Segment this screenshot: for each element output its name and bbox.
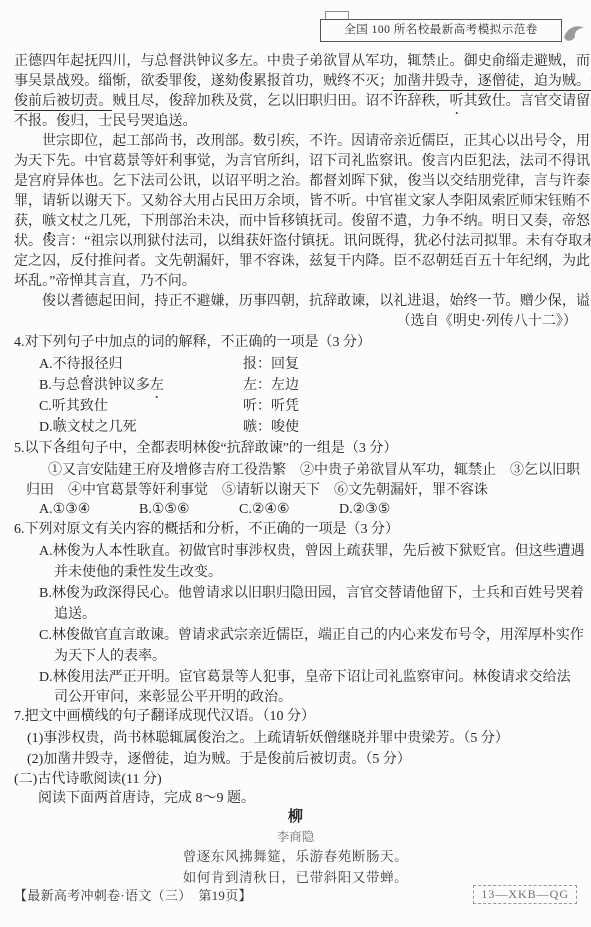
q5-choices-row: A.①③④B.①⑤⑥C.②④⑥D.②③⑤ bbox=[14, 500, 577, 519]
emphasis-char: 听 bbox=[450, 92, 464, 112]
passage-text: 文杖之几死，下刑部治未决，而中旨移镇抚司。俊留不遣，力争不纳。明日又奏，帝怒责陈 bbox=[56, 214, 591, 229]
q4-option-row: D.嗾文杖之几死 嗾：唆使 bbox=[14, 417, 577, 438]
passage-line: 定之囚，反付推问者。文先朝漏奸，罪不容诛，兹复干内降。臣不忍朝廷百五十年纪纲，为… bbox=[14, 252, 577, 272]
passage-text: 获， bbox=[14, 214, 42, 229]
option-text: C. bbox=[39, 399, 52, 414]
option-text: 径归 bbox=[95, 357, 123, 372]
q4-option-gloss: 嗾：唆使 bbox=[243, 417, 299, 438]
option-text: D. bbox=[39, 420, 53, 435]
passage-line: 是宫府异体也。乞下法司公讯，以诏平明之治。都督刘晖下狱，俊当以交结朋党律，言与许… bbox=[14, 172, 577, 192]
q4-option-row: C.听其致仕 听：听凭 bbox=[14, 396, 577, 417]
section-2-title: (二)古代诗歌阅读(11 分) bbox=[14, 770, 577, 790]
q6-option-line: 为天下人的表率。 bbox=[14, 647, 577, 667]
poem-author: 李商隐 bbox=[14, 828, 577, 846]
q4-option-text: D.嗾文杖之几死 bbox=[14, 417, 243, 438]
page-curl-icon bbox=[563, 24, 585, 44]
q6-option-line: 追送。 bbox=[14, 605, 577, 625]
passage-line: 罪，请斩以谢天下。又劾谷大用占民田万余顷，皆不听。中官崔文家人李阳凤索匠师宋钰贿… bbox=[14, 192, 577, 212]
q5-choice: D.②③⑤ bbox=[339, 500, 439, 519]
passage-text: 事吴景战殁。缁惭，欲委罪俊，遂劾俊累报首功，贼终不灭； bbox=[14, 74, 393, 89]
poem-verse: 曾逐东风拂舞筵，乐游春苑断肠天。 bbox=[14, 846, 577, 867]
q6-option-line: B.林俊为政深得民心。他曾请求以旧职归隐田园，言官交替请他留下，士兵和百姓号哭着 bbox=[14, 583, 577, 605]
q6-option-line: C.林俊做官直言敢谏。曾请求武宗亲近儒臣，端正自己的内心来发布号令，用浑厚朴实作 bbox=[14, 625, 577, 647]
poem-title: 柳 bbox=[14, 807, 577, 828]
passage-line: 获，嗾文杖之几死，下刑部治未决，而中旨移镇抚司。俊留不遣，力争不纳。明日又奏，帝… bbox=[14, 212, 577, 232]
question-4-stem: 4.对下列句子中加点的词的解释，不正确的一项是（3 分） bbox=[14, 332, 577, 354]
q4-option-gloss: 左：左边 bbox=[243, 375, 299, 396]
emphasis-char: 嗾 bbox=[53, 417, 67, 438]
q6-option-line: 司公开审问，来彰显公平开明的政治。 bbox=[14, 689, 577, 706]
passage-line: 事吴景战殁。缁惭，欲委罪俊，遂劾俊累报首功，贼终不灭；加凿井毁寺，逐僧徒，迫为贼… bbox=[14, 72, 577, 92]
q7-sentence: (2)加凿井毁寺，逐僧徒，迫为贼。于是俊前后被切责。（5 分） bbox=[14, 750, 577, 770]
passage-line: 不报。俊归，士民号哭追送。 bbox=[14, 112, 577, 132]
emphasis-char: 左 bbox=[239, 52, 253, 72]
underlined-text: 俊前后被切责。 bbox=[14, 94, 112, 111]
q7-sentence: (1)事涉权贵，尚书林聪辄属俊治之。上疏请斩妖僧继晓并罪中贵梁芳。（5 分） bbox=[14, 728, 577, 750]
q4-option-gloss: 听：听凭 bbox=[243, 396, 299, 417]
page-footer: 【最新高考冲刺卷·语文（三） 第19页】 13—XKB—QG bbox=[14, 882, 577, 906]
section-2-intro: 阅读下面两首唐诗，完成 8～9 题。 bbox=[14, 790, 577, 807]
passage-line: 俊前后被切责。贼且尽，俊辞加秩及赏，乞以旧职归田。诏不许辞秩，听其致仕。言官交请… bbox=[14, 92, 577, 112]
passage-line: 正德四年起抚四川，与总督洪钟议多左。中贵子弟欲冒从军功，辄禁止。御史俞缁走避贼，… bbox=[14, 52, 577, 72]
footer-code-badge: 13—XKB—QG bbox=[473, 885, 577, 904]
q6-option-line: A.林俊为人本性耿直。初做官时事涉权贵，曾因上疏获罪，先后被下狱贬官。但这些遭遇 bbox=[14, 541, 577, 563]
option-text: A.不待 bbox=[39, 357, 81, 372]
q5-choice: A.①③④ bbox=[39, 500, 139, 519]
q4-option-text: A.不待报径归 bbox=[14, 354, 243, 375]
passage-line: 为天下先。中官葛景等奸利事觉，为言官所纠，诏下司礼监察讯。俊言内臣犯法，法司不得… bbox=[14, 152, 577, 172]
passage-line: 世宗即位，起工部尚书，改刑部。数引疾，不许。因请帝亲近儒臣，正其心以出号令，用浑… bbox=[14, 132, 577, 152]
option-text: B.与总督洪钟议多 bbox=[39, 378, 150, 393]
exam-page: 全国 100 所名校最新高考模拟示范卷 正德四年起抚四川，与总督洪钟议多左。中贵… bbox=[0, 0, 591, 927]
option-text: 文杖之几死 bbox=[67, 420, 137, 435]
q4-option-text: B.与总督洪钟议多左 bbox=[14, 375, 243, 396]
passage-text: 贼且尽，俊辞加秩及赏，乞以旧职归田。诏不许辞秩， bbox=[112, 94, 449, 109]
question-7-stem: 7.把文中画横线的句子翻译成现代汉语。（10 分） bbox=[14, 706, 577, 728]
q5-choice: C.②④⑥ bbox=[239, 500, 339, 519]
page-content: 正德四年起抚四川，与总督洪钟议多左。中贵子弟欲冒从军功，辄禁止。御史俞缁走避贼，… bbox=[14, 52, 577, 888]
passage-line: 俊以耆德起田间，持正不避嫌，历事四朝，抗辞敢谏，以礼进退，始终一节。赠少保，谥贞… bbox=[14, 292, 577, 312]
underlined-text: 加凿井毁寺，逐僧徒，迫为贼。于是 bbox=[393, 74, 591, 91]
passage-line: 坏乱。”帝惮其言直，乃不问。 bbox=[14, 272, 577, 292]
exam-banner: 全国 100 所名校最新高考模拟示范卷 bbox=[320, 19, 562, 42]
q4-option-gloss: 报：回复 bbox=[243, 354, 299, 375]
q6-option-line: 并未使他的秉性发生改变。 bbox=[14, 563, 577, 583]
q4-option-text: C.听其致仕 bbox=[14, 396, 243, 417]
emphasis-char: 报 bbox=[81, 354, 95, 375]
q4-option-row: A.不待报径归 报：回复 bbox=[14, 354, 577, 375]
passage-line: 状。俊言：“祖宗以刑狱付法司，以缉获奸盗付镇抚。讯问既得，犹必付法司拟罪。未有夺… bbox=[14, 232, 577, 252]
passage-text: 其致仕。言官交请留， bbox=[464, 94, 591, 109]
q5-choice: B.①⑤⑥ bbox=[139, 500, 239, 519]
emphasis-char: 嗾 bbox=[42, 212, 56, 232]
q5-items-line: 归田 ④中官葛景等奸利事觉 ⑤请斩以谢天下 ⑥文先朝漏奸，罪不容诛 bbox=[14, 481, 577, 500]
q4-option-row: B.与总督洪钟议多左 左：左边 bbox=[14, 375, 577, 396]
option-text: 其致仕 bbox=[66, 399, 108, 414]
question-5-stem: 5.以下各组句子中，全都表明林俊“抗辞敢谏”的一组是（3 分） bbox=[14, 438, 577, 460]
question-6-stem: 6.下列对原文有关内容的概括和分析，不正确的一项是（3 分） bbox=[14, 519, 577, 541]
emphasis-char: 听 bbox=[52, 396, 66, 417]
passage-source: （选自《明史·列传八十二》） bbox=[14, 312, 577, 332]
passage-text: 。中贵子弟欲冒从军功，辄禁止。御史俞缁走避贼，而佥 bbox=[253, 54, 591, 69]
footer-paper-title: 【最新高考冲刺卷·语文（三） 第19页】 bbox=[14, 885, 252, 904]
emphasis-char: 左 bbox=[150, 375, 164, 396]
passage-text: 正德四年起抚四川，与总督洪钟议多 bbox=[14, 54, 239, 69]
q6-option-line: D.林俊用法严正开明。宦官葛景等人犯事，皇帝下诏让司礼监察审问。林俊请求交给法 bbox=[14, 667, 577, 689]
q5-items-line: ①又言安陆建王府及增修吉府工役浩繁 ②中贵子弟欲冒从军功，辄禁止 ③乞以旧职 bbox=[14, 460, 577, 481]
